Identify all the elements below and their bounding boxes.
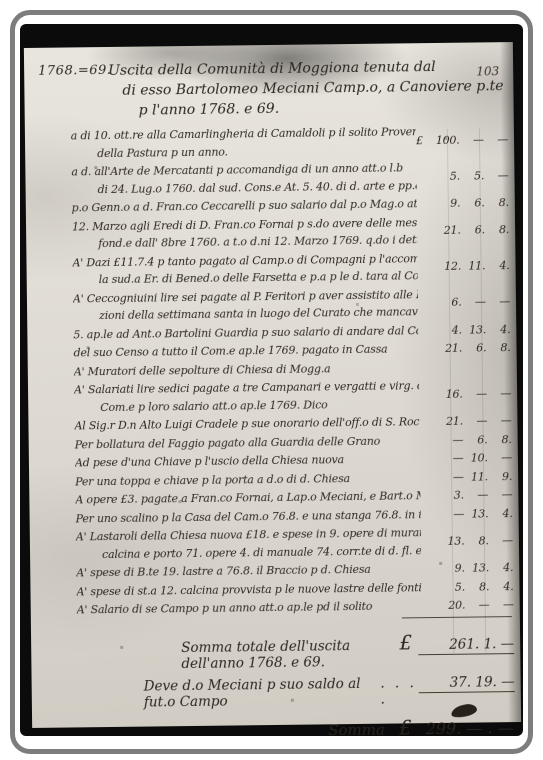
amount-soldi: 8. — [465, 578, 489, 596]
amount-denari: — — [487, 412, 511, 430]
amount-soldi: — — [465, 596, 489, 614]
total-amount: 37. 19. — — [419, 674, 515, 693]
entry-amount: 9. 6. 8. — [417, 194, 509, 213]
entry-amount: 21. 6. 8. — [417, 221, 509, 240]
entry-amount: £ 100. — — — [416, 131, 508, 150]
ledger-entry-row: a d. all'Arte de Mercatanti p accomandig… — [71, 158, 508, 198]
amount-soldi: 6. — [460, 194, 484, 212]
entry-line-1: A' Salario di se Campo p un anno att.o a… — [77, 597, 422, 619]
amount-soldi: 8. — [464, 532, 488, 550]
sum-rule — [402, 616, 512, 618]
amount-lire: 9. — [433, 560, 465, 578]
entry-amount: 9. 13. 4. — [421, 559, 513, 578]
entry-amount: — 13. 4. — [420, 505, 512, 524]
amount-soldi: — — [464, 486, 488, 504]
entry-amount: 6. — — — [418, 293, 510, 312]
amount-denari: 8. — [484, 194, 508, 212]
amount-currency: £ — [416, 132, 428, 150]
amount-soldi: 11. — [461, 258, 485, 276]
title-line-3: p l'anno 1768. e 69. — [139, 96, 508, 121]
ledger-entry-row: A' Salariati lire sedici pagate a tre Ca… — [74, 376, 511, 416]
entry-amount: 21. 6. 8. — [418, 339, 510, 358]
total-amount: 261. 1. — — [418, 636, 514, 655]
amount-soldi: 6. — [462, 339, 486, 357]
entry-amount: 5. 8. 4. — [421, 578, 513, 597]
amount-denari: — — [486, 293, 510, 311]
amount-soldi: 6. — [463, 431, 487, 449]
amount-soldi: 5. — [460, 167, 484, 185]
entry-amount: 20. — — — [422, 596, 514, 615]
amount-lire: 21. — [431, 413, 463, 431]
page-content: Uscita della Comunità di Moggiona tenuta… — [24, 42, 522, 736]
amount-lire: 4. — [430, 321, 462, 339]
ledger-entries: 1768. a di 10. ott.re alla Camarlingheri… — [71, 122, 514, 619]
amount-denari: — — [484, 167, 508, 185]
amount-soldi: — — [463, 385, 487, 403]
entry-text: A' Lastaroli della Chiesa nuova £18. e s… — [76, 524, 421, 563]
ledger-entry-row: 1768. a di 10. ott.re alla Camarlingheri… — [71, 122, 508, 162]
amount-lire: 21. — [430, 340, 462, 358]
amount-denari: 4. — [485, 257, 509, 275]
amount-lire: 13. — [433, 532, 465, 550]
entry-amount: 3. — — — [420, 486, 512, 505]
amount-lire: 100. — [428, 131, 460, 149]
amount-denari: 4. — [489, 559, 513, 577]
amount-lire: 12. — [429, 258, 461, 276]
total-row-saldo: Deve d.o Meciani p suo saldo al fut.o Ca… — [144, 674, 515, 711]
total-label: Somma e pari — [328, 720, 385, 736]
manuscript-page: 1768.=69. 103 Uscita della Comunità di M… — [24, 42, 521, 728]
entry-amount: — 10. — — [420, 449, 512, 468]
entry-text: 1768. a di 10. ott.re alla Camarlingheri… — [71, 123, 416, 162]
amount-lire: — — [432, 431, 464, 449]
ledger-entry-row: 12. Marzo agli Eredi di D. Fran.co Forna… — [72, 213, 509, 253]
entry-amount: 21. — — — [419, 412, 511, 431]
entry-amount: 16. — — — [419, 385, 511, 404]
amount-soldi: 6. — [461, 222, 485, 240]
amount-soldi: 10. — [463, 449, 487, 467]
amount-lire: 5. — [428, 167, 460, 185]
amount-lire: 21. — [429, 222, 461, 240]
entry-amount: 13. 8. — — [421, 532, 513, 551]
totals-section: Somma totale dell'uscita dell'anno 1768.… — [77, 629, 516, 736]
amount-soldi: 13. — [464, 505, 488, 523]
amount-denari: — — [489, 596, 513, 614]
amount-denari: — — [488, 449, 512, 467]
amount-denari: 4. — [486, 321, 510, 339]
amount-lire: — — [432, 505, 464, 523]
amount-soldi: — — [459, 131, 483, 149]
entry-amount — [419, 366, 511, 367]
amount-soldi: 13. — [465, 559, 489, 577]
amount-soldi: — — [463, 412, 487, 430]
amount-denari: — — [489, 532, 513, 550]
total-row-pari: Somma e pari £ 299. — . — — [328, 714, 511, 736]
amount-lire: 3. — [432, 487, 464, 505]
lira-sign: £ — [399, 630, 412, 654]
entry-amount: — 11. 9. — [420, 468, 512, 487]
amount-soldi: 13. — [462, 321, 486, 339]
amount-denari: — — [487, 385, 511, 403]
amount-denari: — — [484, 131, 508, 149]
total-label: Somma totale dell'uscita dell'anno 1768.… — [181, 637, 386, 671]
amount-lire: 9. — [429, 195, 461, 213]
amount-denari: 4. — [488, 505, 512, 523]
scanned-photo-background: 1768.=69. 103 Uscita della Comunità di M… — [20, 24, 523, 736]
total-amount: 299. — . — — [418, 718, 514, 736]
amount-lire: 6. — [430, 294, 462, 312]
amount-soldi: 11. — [464, 468, 488, 486]
entry-text: a d. all'Arte de Mercatanti p accomandig… — [71, 159, 416, 198]
entry-text: A' Salario di se Campo p un anno att.o a… — [77, 597, 422, 619]
amount-denari: 9. — [488, 468, 512, 486]
total-label: Deve d.o Meciani p suo saldo al fut.o Ca… — [144, 675, 373, 710]
entry-text: A' Salariati lire sedici pagate a tre Ca… — [74, 377, 419, 416]
entry-amount: 5. 5. — — [416, 167, 508, 186]
entry-amount: 4. 13. 4. — [418, 321, 510, 340]
total-row-uscita: Somma totale dell'uscita dell'anno 1768.… — [181, 629, 514, 672]
amount-lire: 5. — [433, 578, 465, 596]
entry-text: 12. Marzo agli Eredi di D. Fran.co Forna… — [72, 214, 417, 253]
amount-lire: — — [432, 450, 464, 468]
page-title: Uscita della Comunità di Moggiona tenuta… — [108, 56, 508, 121]
amount-lire: 20. — [434, 597, 466, 615]
ledger-entry-row: A' Dazi £11.7.4 p tanto pagato al Camp.o… — [72, 249, 509, 289]
entry-text: A' Ceccogniuini lire sei pagate al P. Fe… — [73, 286, 418, 325]
lira-sign: £ — [399, 715, 412, 736]
amount-denari: 8. — [485, 221, 509, 239]
amount-denari: — — [488, 486, 512, 504]
amount-denari: 8. — [486, 339, 510, 357]
ledger-entry-row: A' Lastaroli della Chiesa nuova £18. e s… — [76, 523, 513, 563]
entry-text: A' Dazi £11.7.4 p tanto pagato al Camp.o… — [72, 250, 417, 289]
ledger-entry-row: A' Ceccogniuini lire sei pagate al P. Fe… — [73, 285, 510, 325]
leader-dots: . . . . — [380, 675, 419, 707]
entry-amount: — 6. 8. — [420, 431, 512, 450]
amount-soldi: — — [461, 294, 485, 312]
amount-denari: 8. — [487, 431, 511, 449]
entry-amount: 12. 11. 4. — [417, 257, 509, 276]
amount-denari: 4. — [489, 578, 513, 596]
amount-lire: 16. — [431, 385, 463, 403]
amount-lire: — — [432, 468, 464, 486]
